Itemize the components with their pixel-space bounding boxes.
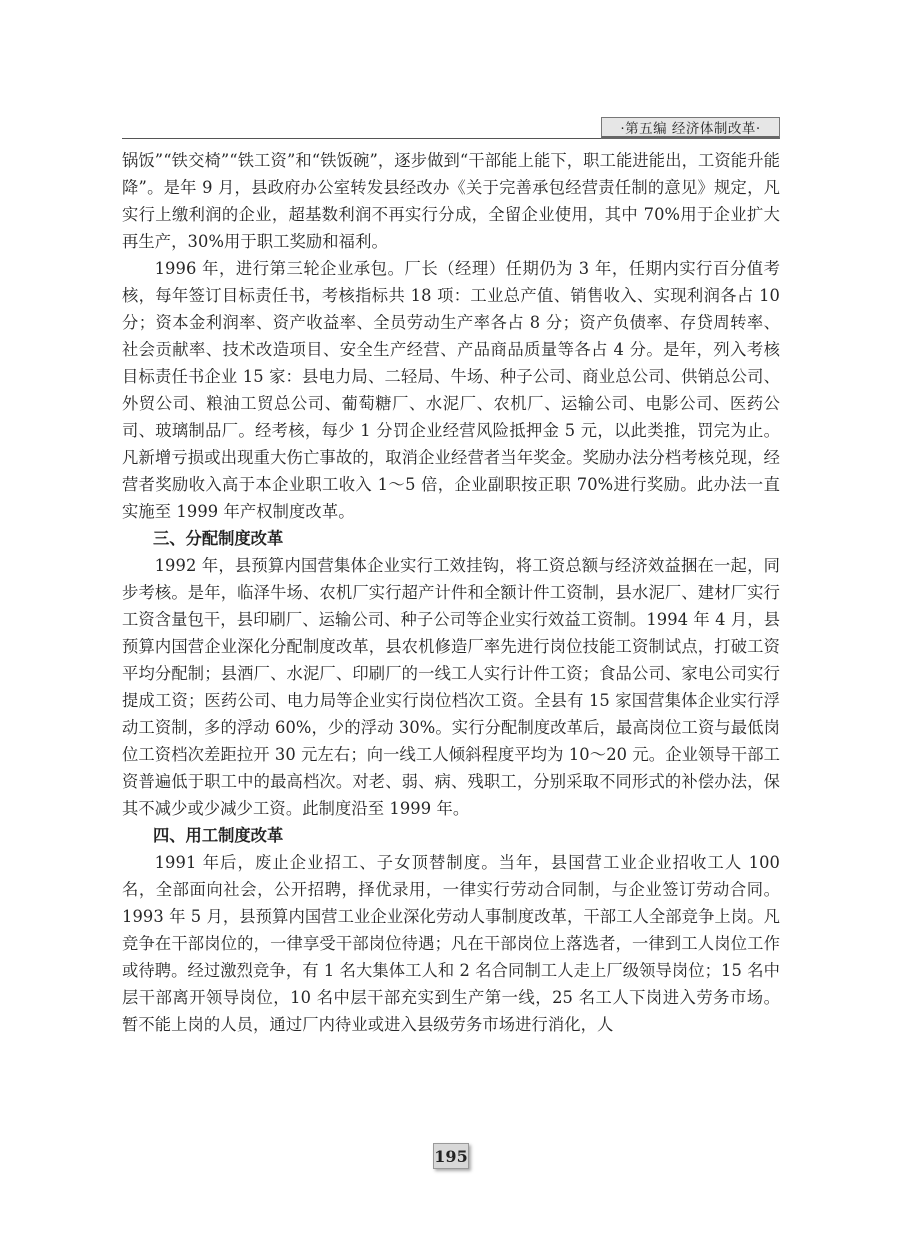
page-body: 锅饭”“铁交椅”“铁工资”和“铁饭碗”，逐步做到“干部能上能下，职工能进能出，工… bbox=[122, 147, 780, 1038]
section-heading-employment-reform: 四、用工制度改革 bbox=[122, 822, 780, 849]
paragraph-employment-reform: 1991 年后，废止企业招工、子女顶替制度。当年，县国营工业企业招收工人 100… bbox=[122, 849, 780, 1038]
running-header-section-label: ·第五编 经济体制改革· bbox=[601, 117, 780, 139]
paragraph-distribution-reform: 1992 年，县预算内国营集体企业实行工效挂钩，将工资总额与经济效益捆在一起，同… bbox=[122, 552, 780, 822]
page-number: 195 bbox=[433, 1143, 469, 1169]
paragraph-1996-contracting: 1996 年，进行第三轮企业承包。厂长（经理）任期仍为 3 年，任期内实行百分值… bbox=[122, 255, 780, 525]
paragraph-continued: 锅饭”“铁交椅”“铁工资”和“铁饭碗”，逐步做到“干部能上能下，职工能进能出，工… bbox=[122, 147, 780, 255]
header-rule bbox=[122, 138, 602, 139]
section-heading-distribution-reform: 三、分配制度改革 bbox=[122, 525, 780, 552]
